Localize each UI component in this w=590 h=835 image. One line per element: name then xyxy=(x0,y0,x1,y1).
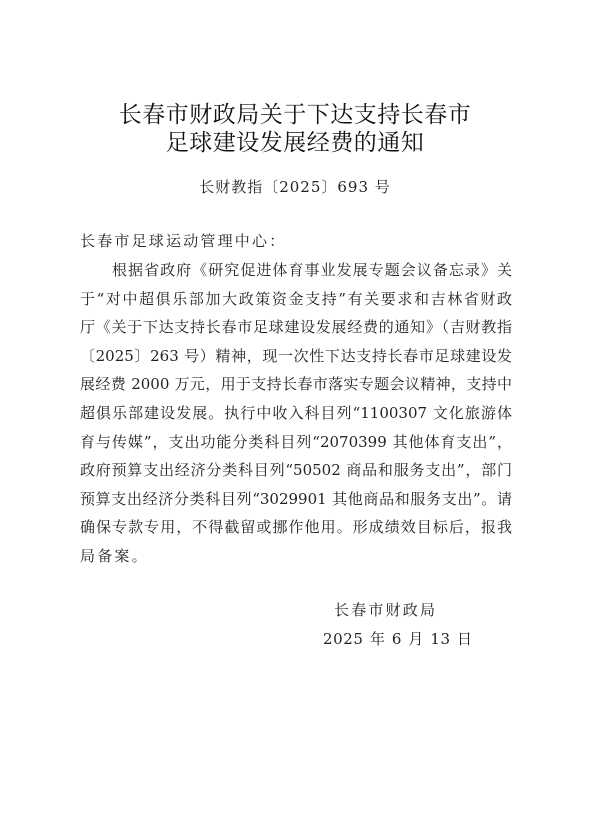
document-title-line-2: 足球建设发展经费的通知 xyxy=(0,129,590,157)
body-line: 根据省政府《研究促进体育事业发展专题会议备忘录》关 xyxy=(80,259,512,288)
salutation: 长春市足球运动管理中心： xyxy=(80,230,286,252)
body-line: 确保专款专用，不得截留或挪作他用。形成绩效目标后，报我 xyxy=(80,516,512,545)
issuer-signature: 长春市财政局 xyxy=(334,599,437,621)
body-line: 〔2025〕263 号）精神，现一次性下达支持长春市足球建设发 xyxy=(80,345,512,374)
body-line: 厅《关于下达支持长春市足球建设发展经费的通知》（吉财教指 xyxy=(80,316,512,345)
body-line: 政府预算支出经济分类科目列“50502 商品和服务支出”，部门 xyxy=(80,459,512,488)
document-body: 根据省政府《研究促进体育事业发展专题会议备忘录》关 于“对中超俱乐部加大政策资金… xyxy=(80,259,512,574)
body-line: 预算支出经济分类科目列“3029901 其他商品和服务支出”。请 xyxy=(80,488,512,517)
document-number: 长财教指〔2025〕693 号 xyxy=(0,176,590,198)
issue-date: 2025 年 6 月 13 日 xyxy=(323,628,473,650)
document-title-line-1: 长春市财政局关于下达支持长春市 xyxy=(0,101,590,129)
body-line: 局备案。 xyxy=(80,545,512,574)
body-line: 展经费 2000 万元，用于支持长春市落实专题会议精神，支持中 xyxy=(80,373,512,402)
body-line: 超俱乐部建设发展。执行中收入科目列“1100307 文化旅游体 xyxy=(80,402,512,431)
body-line: 于“对中超俱乐部加大政策资金支持”有关要求和吉林省财政 xyxy=(80,288,512,317)
document-page: 长春市财政局关于下达支持长春市 足球建设发展经费的通知 长财教指〔2025〕69… xyxy=(0,0,590,835)
body-line: 育与传媒”，支出功能分类科目列“2070399 其他体育支出”， xyxy=(80,431,512,460)
